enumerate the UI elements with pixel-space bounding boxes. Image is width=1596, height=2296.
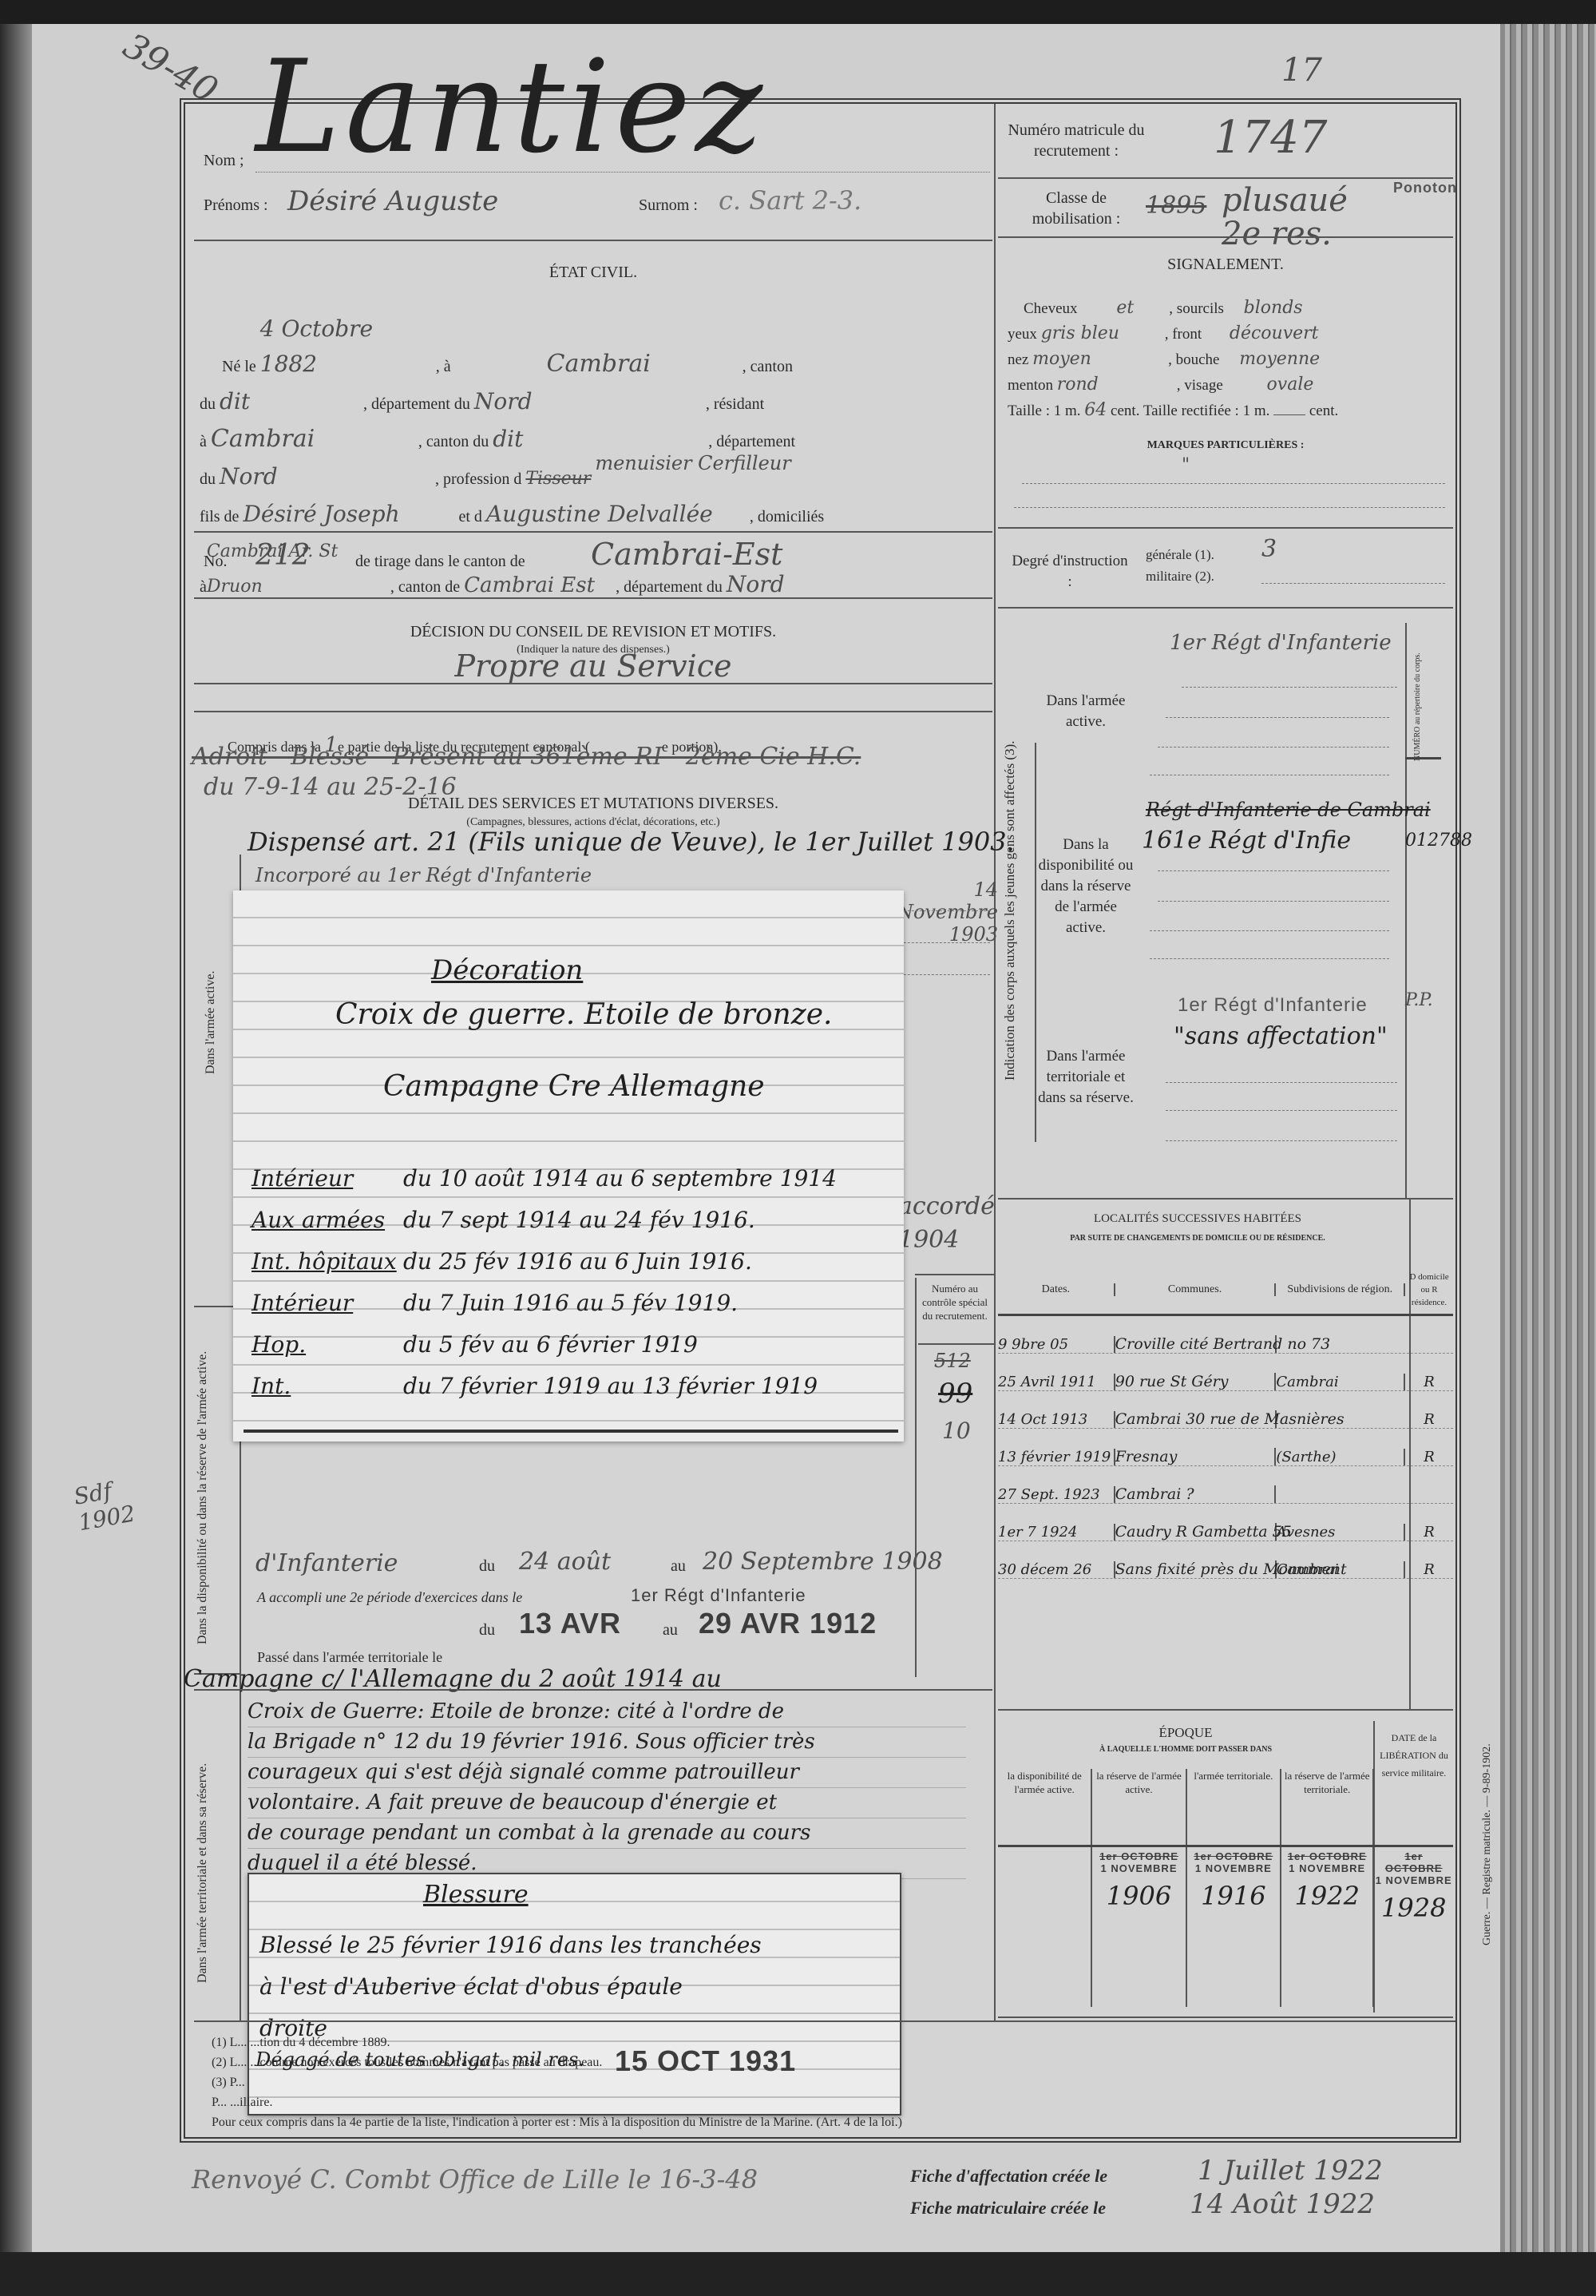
numero-repertoire-label: NUMÉRO au répertoire du corps. xyxy=(1413,639,1422,775)
side-label-disponibilite: Dans la disponibilité ou dans la réserve… xyxy=(196,1350,236,1645)
epoque-title: ÉPOQUE xyxy=(998,1725,1373,1741)
localites-subdivision: Avesnes xyxy=(1277,1524,1406,1541)
detail-line-2: Incorporé au 1er Régt d'Infanterie xyxy=(255,864,592,886)
citation-line: de courage pendant un combat à la grenad… xyxy=(248,1818,966,1849)
localites-row: 27 Sept. 1923Cambrai ? xyxy=(998,1466,1453,1504)
margin-note-top-right: 17 xyxy=(1281,52,1322,89)
localites-subdivision: Cambrai xyxy=(1276,1374,1405,1390)
bouche-value: moyenne xyxy=(1239,349,1320,369)
signalement-title: SIGNALEMENT. xyxy=(998,256,1453,274)
localites-commune: Cambrai ? xyxy=(1115,1485,1277,1503)
accorde-note: accordé 1904 xyxy=(898,1190,994,1257)
epoque-subtitle: À LAQUELLE L'HOMME DOIT PASSER DANS xyxy=(998,1745,1373,1754)
fiche-affectation-label: Fiche d'affectation créée le xyxy=(910,2166,1107,2187)
corps-reserve-numero: 012788 xyxy=(1405,831,1472,851)
residence: Cambrai xyxy=(211,422,418,457)
localites-column-header: Communes. xyxy=(1115,1283,1277,1296)
blessure-line: à l'est d'Auberive éclat d'obus épaule xyxy=(259,1966,890,2008)
localites-table: Dates.Communes.Subdivisions de région.D … xyxy=(998,1266,1453,1579)
decoration-period-row: Int.du 7 février 1919 au 13 février 1919 xyxy=(251,1358,890,1399)
citation-line: courageux qui s'est déjà signalé comme p… xyxy=(248,1758,966,1788)
periode-to-stamp: 29 AVR 1912 xyxy=(699,1607,877,1640)
side-label-territoriale: Dans l'armée territoriale et dans sa rés… xyxy=(196,1741,236,2005)
corps-vertical-label: Indication des corps auxquels les jeunes… xyxy=(1002,631,1018,1190)
profession-struck: Tisseur xyxy=(525,469,591,489)
localites-commune: Caudry R Gambetta 55 xyxy=(1115,1523,1277,1541)
epoque-values: 1er OCTOBRE1 NOVEMBRE19061er OCTOBRE1 NO… xyxy=(998,1847,1453,2007)
parents-departement: Nord xyxy=(727,571,785,597)
periode-regiment: 1er Régt d'Infanterie xyxy=(631,1585,806,1606)
localites-row: 1er 7 1924Caudry R Gambetta 55AvesnesR xyxy=(998,1504,1453,1541)
localites-row: 9 9bre 05Croville cité Bertrand no 73 xyxy=(998,1316,1453,1354)
side-label-active: Dans l'armée active. xyxy=(204,942,218,1102)
etat-civil-title: ÉTAT CIVIL. xyxy=(194,264,992,282)
renvoi-note: Renvoyé C. Combt Office de Lille le 16-3… xyxy=(192,2164,758,2195)
detail-line-1: Dispensé art. 21 (Fils unique de Veuve),… xyxy=(248,827,1015,857)
citation-line: Croix de Guerre: Etoile de bronze: cité … xyxy=(248,1697,966,1727)
instruction-militaire-value xyxy=(1261,583,1445,584)
epoque-table: la disponibilité de l'armée active.la ré… xyxy=(998,1769,1453,2007)
epoque-year: 1906 xyxy=(1092,1881,1185,1911)
epoque-stamp-struck: 1er OCTOBRE xyxy=(1187,1850,1280,1862)
localites-subdivision: Cambrai xyxy=(1277,1561,1406,1578)
epoque-cell: 1er OCTOBRE1 NOVEMBRE1922 xyxy=(1281,1847,1374,2007)
localites-dr: R xyxy=(1405,1449,1453,1465)
printer-imprint: Guerre. — Registre matricule. — 9-89-190… xyxy=(1481,1669,1494,2020)
tirage-no-label: No. xyxy=(204,553,227,571)
instruction-label: Degré d'instruction : xyxy=(1010,551,1130,593)
decision-title: DÉCISION DU CONSEIL DE REVISION ET MOTIF… xyxy=(194,623,992,641)
decoration-period-row: Aux arméesdu 7 sept 1914 au 24 fév 1916. xyxy=(251,1192,890,1233)
footnote-line: Pour ceux compris dans la 4e partie de l… xyxy=(212,2112,1457,2132)
epoque-stamp: 1 NOVEMBRE xyxy=(1092,1862,1185,1874)
decoration-period-row: Int. hôpitauxdu 25 fév 1916 au 6 Juin 19… xyxy=(251,1233,890,1275)
epoque-stamp-struck: 1er OCTOBRE xyxy=(1092,1850,1185,1862)
corps-territoriale-label: Dans l'armée territoriale et dans sa rés… xyxy=(1038,1046,1134,1108)
localites-date: 27 Sept. 1923 xyxy=(998,1486,1115,1503)
epoque-column-header: la réserve de l'armée territoriale. xyxy=(1281,1769,1374,1845)
passe-label: Passé dans l'armée territoriale le xyxy=(257,1649,442,1666)
localites-commune: Cambrai 30 rue de Masnières xyxy=(1115,1410,1277,1428)
page-bottom-edge xyxy=(0,2252,1596,2296)
matricule-label: Numéro matricule du recrutement : xyxy=(1004,120,1148,161)
localites-row: 13 février 1919Fresnay(Sarthe)R xyxy=(998,1429,1453,1466)
corps-reserve-value-2: 161e Régt d'Infie xyxy=(1142,827,1351,855)
localites-dr: R xyxy=(1405,1411,1453,1428)
epoque-cell xyxy=(998,1847,1092,2007)
localites-dr: R xyxy=(1405,1374,1453,1390)
epoque-cell: 1er OCTOBRE1 NOVEMBRE1906 xyxy=(1092,1847,1186,2007)
classe-label: Classe de mobilisation : xyxy=(1004,188,1148,229)
yeux-value: gris bleu xyxy=(1041,321,1165,346)
tirage-number: 212 xyxy=(255,539,311,572)
citation-text: Croix de Guerre: Etoile de bronze: cité … xyxy=(248,1697,966,1879)
father-name: Désiré Joseph xyxy=(243,497,458,532)
birth-canton: dit xyxy=(220,384,363,419)
decoration-period-label: Intérieur xyxy=(251,1165,403,1192)
epoque-year: 1922 xyxy=(1281,1881,1372,1911)
decoration-period-dates: du 7 février 1919 au 13 février 1919 xyxy=(403,1373,818,1399)
footnote-line: (1) L... ...tion du 4 décembre 1889. xyxy=(212,2032,1457,2052)
decoration-period-dates: du 7 sept 1914 au 24 fév 1916. xyxy=(403,1207,755,1233)
prenoms-label: Prénoms : xyxy=(204,196,268,215)
decision-value: Propre au Service xyxy=(194,648,992,684)
detail-title: DÉTAIL DES SERVICES ET MUTATIONS DIVERSE… xyxy=(194,795,992,813)
decoration-period-label: Aux armées xyxy=(251,1207,403,1233)
taille-value: 64 xyxy=(1084,400,1107,420)
profession: menuisier Cerfilleur xyxy=(595,452,790,474)
birth-date: 4 Octobre 1882 xyxy=(260,311,436,382)
epoque-stamp: 1 NOVEMBRE xyxy=(1281,1862,1372,1874)
localites-commune: Fresnay xyxy=(1115,1448,1277,1465)
corps-territoriale-stamp: 1er Régt d'Infanterie xyxy=(1178,994,1368,1017)
corps-territoriale-value: "sans affectation" xyxy=(1174,1022,1388,1050)
nom-value: Lantiez xyxy=(255,32,767,181)
decoration-periods: Intérieurdu 10 août 1914 au 6 septembre … xyxy=(251,1150,890,1399)
localites-column-header: Dates. xyxy=(998,1283,1115,1296)
controle-value-2: 10 xyxy=(942,1418,971,1444)
decoration-period-row: Intérieurdu 10 août 1914 au 6 septembre … xyxy=(251,1150,890,1192)
tirage-canton: Cambrai-Est xyxy=(591,537,782,572)
corps-reserve-value-1: Régt d'Infanterie de Cambrai xyxy=(1146,799,1431,821)
fiche-affectation-value: 1 Juillet 1922 xyxy=(1198,2155,1383,2187)
infanterie-to: 20 Septembre 1908 xyxy=(703,1548,943,1576)
cheveux-value: et xyxy=(1081,295,1169,320)
footnote-line: (2) L... ...comme non exercés tous les h… xyxy=(212,2052,1457,2072)
epoque-column-header: l'armée territoriale. xyxy=(1187,1769,1281,1845)
epoque-year: 1928 xyxy=(1374,1893,1453,1923)
localites-date: 30 décem 26 xyxy=(998,1561,1115,1578)
localites-commune: 90 rue St Géry xyxy=(1115,1373,1277,1390)
epoque-cell: 1er OCTOBRE1 NOVEMBRE1928 xyxy=(1374,1847,1453,2007)
epoque-column-header: la réserve de l'armée active. xyxy=(1092,1769,1186,1845)
localites-date: 13 février 1919 xyxy=(998,1449,1115,1465)
surnom-label: Surnom : xyxy=(639,196,698,215)
localites-row: 25 Avril 191190 rue St GéryCambraiR xyxy=(998,1354,1453,1391)
footnote-line: (3) P... xyxy=(212,2072,1457,2092)
localites-commune: Sans fixité près du Monument xyxy=(1115,1560,1277,1578)
signalement-block: Cheveux et, sourcils blonds yeux gris bl… xyxy=(1008,295,1455,423)
controle-struck: 512 xyxy=(934,1350,971,1372)
corps-active-value: 1er Régt d'Infanterie xyxy=(1170,631,1392,655)
corps-active-label: Dans l'armée active. xyxy=(1038,691,1134,732)
localites-row: 30 décem 26Sans fixité près du MonumentC… xyxy=(998,1541,1453,1579)
localites-date: 25 Avril 1911 xyxy=(998,1374,1115,1390)
taille-rectifiee-value xyxy=(1273,414,1305,415)
fiche-matricule-label: Fiche matriculaire créée le xyxy=(910,2198,1106,2219)
decoration-title: Décoration xyxy=(431,954,583,986)
instruction-militaire-label: militaire (2). xyxy=(1146,569,1214,585)
classe-stamp: Ponoton xyxy=(1393,180,1457,196)
epoque-stamp: 1 NOVEMBRE xyxy=(1374,1874,1453,1886)
blessure-title: Blessure xyxy=(423,1881,529,1909)
localites-date: 1er 7 1924 xyxy=(998,1524,1115,1541)
instruction-generale-label: générale (1). xyxy=(1146,547,1214,563)
epoque-stamp-struck: 1er OCTOBRE xyxy=(1374,1850,1453,1874)
periode-from-stamp: 13 AVR xyxy=(519,1607,621,1640)
localites-subtitle: PAR SUITE DE CHANGEMENTS DE DOMICILE OU … xyxy=(998,1234,1397,1243)
decoration-period-label: Int. hôpitaux xyxy=(251,1248,403,1275)
localites-header: Dates.Communes.Subdivisions de région.D … xyxy=(998,1266,1453,1316)
instruction-generale-value: 3 xyxy=(1261,535,1277,563)
footnote-line: P... ...iliaire. xyxy=(212,2092,1457,2112)
nom-label: Nom ; xyxy=(204,152,244,170)
localites-date: 14 Oct 1913 xyxy=(998,1411,1115,1428)
birth-place: Cambrai xyxy=(455,347,743,382)
decoration-period-row: Hop.du 5 fév au 6 février 1919 xyxy=(251,1316,890,1358)
controle-label: Numéro au contrôle spécial du recrutemen… xyxy=(917,1282,993,1322)
footnotes: (1) L... ...tion du 4 décembre 1889.(2) … xyxy=(212,2032,1457,2132)
decoration-period-dates: du 5 fév au 6 février 1919 xyxy=(403,1331,698,1358)
nez-value: moyen xyxy=(1032,347,1168,371)
localites-column-header: D domicile ou R résidence. xyxy=(1405,1271,1453,1309)
marques-value: " xyxy=(1182,455,1190,475)
decoration-period-row: Intérieurdu 7 Juin 1916 au 5 fév 1919. xyxy=(251,1275,890,1316)
classe-struck: 1895 xyxy=(1146,192,1206,220)
epoque-stamp-struck: 1er OCTOBRE xyxy=(1281,1850,1372,1862)
marques-title: MARQUES PARTICULIÈRES : xyxy=(998,439,1453,452)
tirage-label: de tirage dans le canton de xyxy=(355,553,525,571)
epoque-stamp: 1 NOVEMBRE xyxy=(1187,1862,1280,1874)
menton-value: rond xyxy=(1057,372,1177,397)
residence-departement: Nord xyxy=(220,459,435,494)
localites-date: 9 9bre 05 xyxy=(998,1336,1115,1353)
matricule-value: 1747 xyxy=(1214,112,1328,164)
blessure-line: Blessé le 25 février 1916 dans les tranc… xyxy=(259,1925,890,1966)
citation-line: la Brigade n° 12 du 19 février 1916. Sou… xyxy=(248,1727,966,1758)
infanterie-from: 24 août xyxy=(519,1548,611,1576)
blessure-text: Blessé le 25 février 1916 dans les tranc… xyxy=(259,1925,890,2049)
citation-line: volontaire. A fait preuve de beaucoup d'… xyxy=(248,1788,966,1818)
localites-dr: R xyxy=(1405,1561,1453,1578)
detail-line-3: 14 Novembre 1903 xyxy=(894,878,998,946)
localites-dr: R xyxy=(1405,1524,1453,1541)
epoque-year: 1916 xyxy=(1187,1881,1280,1911)
visage-value: ovale xyxy=(1267,375,1314,395)
mother-name: Augustine Delvallée xyxy=(486,497,750,532)
localites-row: 14 Oct 1913Cambrai 30 rue de MasnièresR xyxy=(998,1391,1453,1429)
infanterie-line: d'Infanterie xyxy=(255,1549,398,1577)
periode-label: A accompli une 2e période d'exercices da… xyxy=(257,1589,522,1606)
epoque-header: la disponibilité de l'armée active.la ré… xyxy=(998,1769,1453,1847)
decoration-period-label: Int. xyxy=(251,1373,403,1399)
page-edges xyxy=(1500,24,1596,2296)
localites-column-header: Subdivisions de région. xyxy=(1276,1283,1405,1296)
decoration-period-dates: du 25 fév 1916 au 6 Juin 1916. xyxy=(403,1248,752,1275)
localites-title: LOCALITÉS SUCCESSIVES HABITÉES xyxy=(998,1212,1397,1226)
localites-subdivision: (Sarthe) xyxy=(1276,1449,1405,1465)
sourcils-value: blonds xyxy=(1244,298,1303,318)
decoration-period-dates: du 7 Juin 1916 au 5 fév 1919. xyxy=(403,1290,738,1316)
epoque-column-header: la disponibilité de l'armée active. xyxy=(998,1769,1092,1845)
localites-commune: Croville cité Bertrand no 73 xyxy=(1115,1335,1277,1353)
controle-value-1: 99 xyxy=(938,1378,972,1410)
prenoms-value: Désiré Auguste xyxy=(287,185,498,217)
decoration-line: Croix de guerre. Etoile de bronze. xyxy=(335,998,832,1031)
decoration-period-label: Intérieur xyxy=(251,1290,403,1316)
front-value: découvert xyxy=(1230,323,1319,343)
compris-annotation: Adroit - Blessé - Présent au 361ème RI -… xyxy=(192,743,861,771)
surnom-value: c. Sart 2-3. xyxy=(719,185,861,216)
decoration-campaign: Campagne Cre Allemagne xyxy=(383,1070,765,1103)
epoque-cell: 1er OCTOBRE1 NOVEMBRE1916 xyxy=(1187,1847,1281,2007)
corps-territoriale-mark: P.P. xyxy=(1405,990,1433,1010)
birth-departement: Nord xyxy=(474,384,706,419)
decoration-period-label: Hop. xyxy=(251,1331,403,1358)
classe-value: plusaué 2e res. xyxy=(1222,184,1365,251)
corps-reserve-label: Dans la disponibilité ou dans la réserve… xyxy=(1038,835,1134,938)
epoque-date-spacer xyxy=(1374,1769,1453,1845)
decoration-period-dates: du 10 août 1914 au 6 septembre 1914 xyxy=(403,1165,837,1192)
fiche-matricule-value: 14 Août 1922 xyxy=(1190,2188,1375,2220)
